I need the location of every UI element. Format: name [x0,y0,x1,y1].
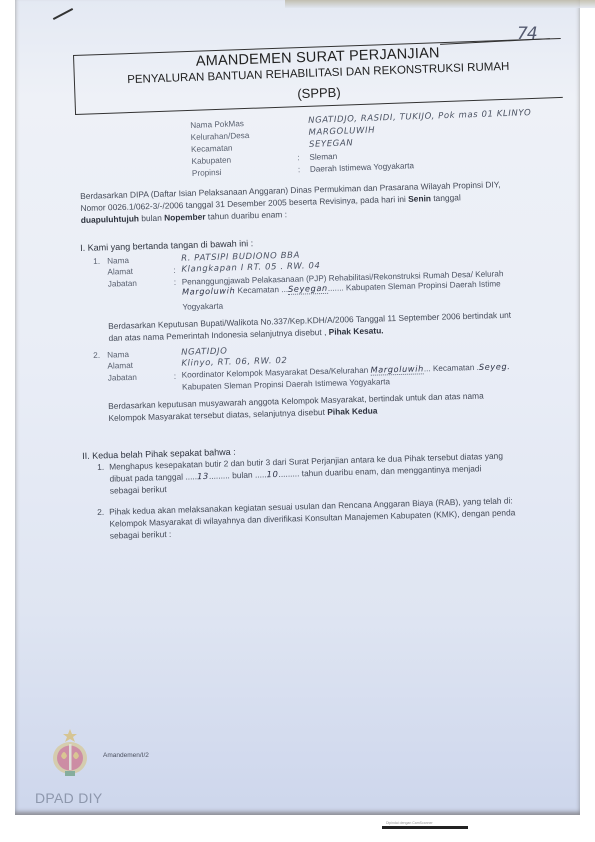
handwritten-kecamatan: Seyeg. [479,361,511,372]
document-code: Amandemen/I/2 [103,752,149,759]
watermark: DPAD DIY [35,790,103,806]
handwritten-kecamatan: Seyegan [288,283,328,295]
pokmas-info: Nama PokMas NGATIDJO, RASIDI, TUKIJO, Po… [190,106,533,178]
page-shadow [285,0,595,8]
handwritten-month: 10 [266,469,278,479]
handwritten-day: 13 [197,471,209,481]
handwritten-name: NGATIDJO [181,346,228,357]
handwritten-desa: Margoluwih [182,285,236,296]
handwritten-desa: Margoluwih [370,363,424,375]
handwritten-value: SEYEGAN [309,138,354,150]
crest-emblem-icon [50,728,90,778]
scanner-stamp: Dipindai dengan CamScanner [382,826,468,829]
party-1: 1.NamaR. PATSIPI BUDIONO BBA Alamat:Klan… [93,243,504,314]
